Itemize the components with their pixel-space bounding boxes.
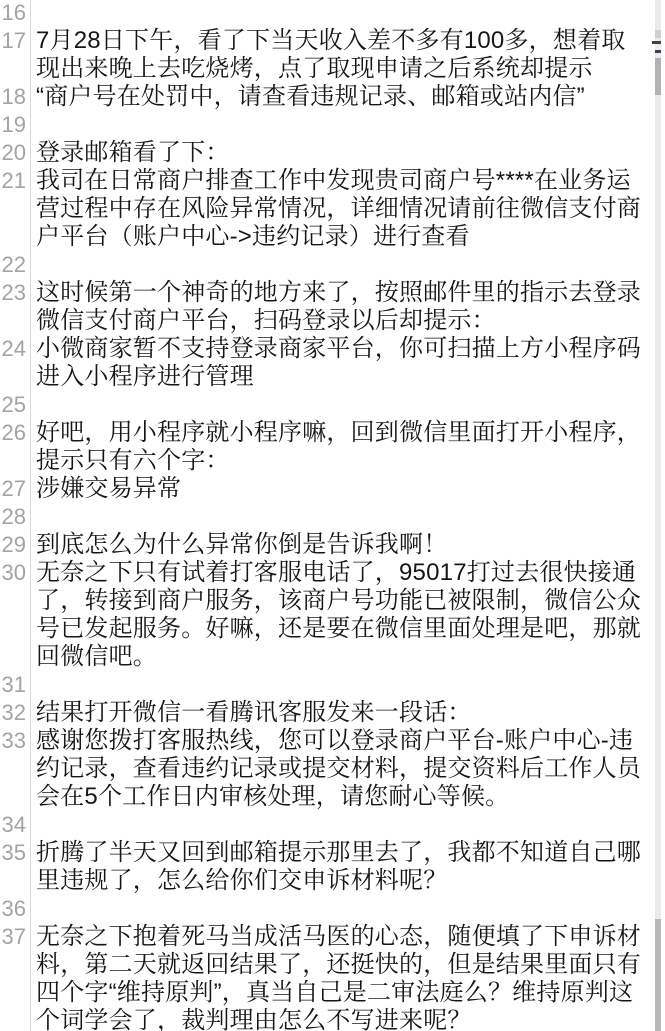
line-text[interactable]: 这时候第一个神奇的地方来了，按照邮件里的指示去登录微信支付商户平台，扫码登录以后… [30,279,653,335]
editor-line: 28 [0,503,653,531]
line-number: 17 [0,27,30,83]
editor-line: 33 感谢您拨打客服热线，您可以登录商户平台-账户中心-违约记录，查看违约记录或… [0,727,653,811]
line-text[interactable]: 折腾了半天又回到邮箱提示那里去了，我都不知道自己哪里违规了，怎么给你们交申诉材料… [30,839,653,895]
editor-line: 35 折腾了半天又回到邮箱提示那里去了，我都不知道自己哪里违规了，怎么给你们交申… [0,839,653,895]
editor-line: 20 登录邮箱看了下： [0,139,653,167]
line-text[interactable] [30,391,653,419]
editor-line: 30 无奈之下只有试着打客服电话了，95017打过去很快接通了，转接到商户服务，… [0,559,653,671]
line-text[interactable] [30,811,653,839]
line-text[interactable]: 无奈之下抱着死马当成活马医的心态，随便填了下申诉材料，第二天就返回结果了，还挺快… [30,923,653,1031]
scrollbar-annotation-band [655,30,661,38]
editor-line: 31 [0,671,653,699]
editor-line: 23 这时候第一个神奇的地方来了，按照邮件里的指示去登录微信支付商户平台，扫码登… [0,279,653,335]
line-number: 20 [0,139,30,167]
editor-line: 24 小微商家暂不支持登录商家平台，你可扫描上方小程序码进入小程序进行管理 [0,335,653,391]
editor-line: 17 7月28日下午，看了下当天收入差不多有100多，想着取现出来晚上去吃烧烤，… [0,27,653,83]
line-number: 26 [0,419,30,475]
line-text[interactable]: 涉嫌交易异常 [30,475,653,503]
scrollbar-mark-icon [655,50,661,53]
editor-line: 26 好吧，用小程序就小程序嘛，回到微信里面打开小程序，提示只有六个字： [0,419,653,475]
line-number: 29 [0,531,30,559]
editor-line: 37 无奈之下抱着死马当成活马医的心态，随便填了下申诉材料，第二天就返回结果了，… [0,923,653,1031]
line-text[interactable] [30,0,653,27]
line-number: 33 [0,727,30,811]
editor-line: 21 我司在日常商户排查工作中发现贵司商户号****在业务运营过程中存在风险异常… [0,167,653,251]
line-number: 22 [0,251,30,279]
line-number: 36 [0,895,30,923]
editor-lines: 16 17 7月28日下午，看了下当天收入差不多有100多，想着取现出来晚上去吃… [0,0,653,1031]
line-text[interactable] [30,895,653,923]
line-text[interactable]: 无奈之下只有试着打客服电话了，95017打过去很快接通了，转接到商户服务，该商户… [30,559,653,671]
line-text[interactable]: 感谢您拨打客服热线，您可以登录商户平台-账户中心-违约记录，查看违约记录或提交材… [30,727,653,811]
line-number: 32 [0,699,30,727]
editor-line: 34 [0,811,653,839]
editor-line: 36 [0,895,653,923]
text-editor: 16 17 7月28日下午，看了下当天收入差不多有100多，想着取现出来晚上去吃… [0,0,653,1031]
line-text[interactable]: “商户号在处罚中，请查看违规记录、邮箱或站内信” [30,83,653,111]
line-number: 25 [0,391,30,419]
line-number: 19 [0,111,30,139]
scrollbar-thumb[interactable] [655,58,661,95]
line-number: 35 [0,839,30,895]
line-text[interactable] [30,111,653,139]
line-text[interactable] [30,503,653,531]
line-text[interactable]: 到底怎么为什么异常你倒是告诉我啊！ [30,531,653,559]
scrollbar-mark-icon [652,41,661,44]
line-number: 18 [0,83,30,111]
line-text[interactable] [30,251,653,279]
line-text[interactable]: 登录邮箱看了下： [30,139,653,167]
scrollbar-bottom-segment [655,919,661,1031]
editor-line: 18 “商户号在处罚中，请查看违规记录、邮箱或站内信” [0,83,653,111]
line-number: 30 [0,559,30,671]
editor-line: 19 [0,111,653,139]
line-number: 37 [0,923,30,1031]
line-text[interactable]: 7月28日下午，看了下当天收入差不多有100多，想着取现出来晚上去吃烧烤，点了取… [30,27,653,83]
line-number: 34 [0,811,30,839]
line-text[interactable]: 我司在日常商户排查工作中发现贵司商户号****在业务运营过程中存在风险异常情况，… [30,167,653,251]
line-number: 24 [0,335,30,391]
editor-line: 22 [0,251,653,279]
line-number: 31 [0,671,30,699]
editor-line: 16 [0,0,653,27]
editor-line: 32 结果打开微信一看腾讯客服发来一段话： [0,699,653,727]
editor-line: 27 涉嫌交易异常 [0,475,653,503]
line-number: 16 [0,0,30,27]
line-text[interactable]: 好吧，用小程序就小程序嘛，回到微信里面打开小程序，提示只有六个字： [30,419,653,475]
line-number: 28 [0,503,30,531]
line-number: 21 [0,167,30,251]
line-text[interactable] [30,671,653,699]
editor-line: 25 [0,391,653,419]
line-text[interactable]: 结果打开微信一看腾讯客服发来一段话： [30,699,653,727]
line-number: 23 [0,279,30,335]
editor-line: 29 到底怎么为什么异常你倒是告诉我啊！ [0,531,653,559]
scrollbar-track[interactable] [655,0,661,1031]
line-text[interactable]: 小微商家暂不支持登录商家平台，你可扫描上方小程序码进入小程序进行管理 [30,335,653,391]
line-number: 27 [0,475,30,503]
